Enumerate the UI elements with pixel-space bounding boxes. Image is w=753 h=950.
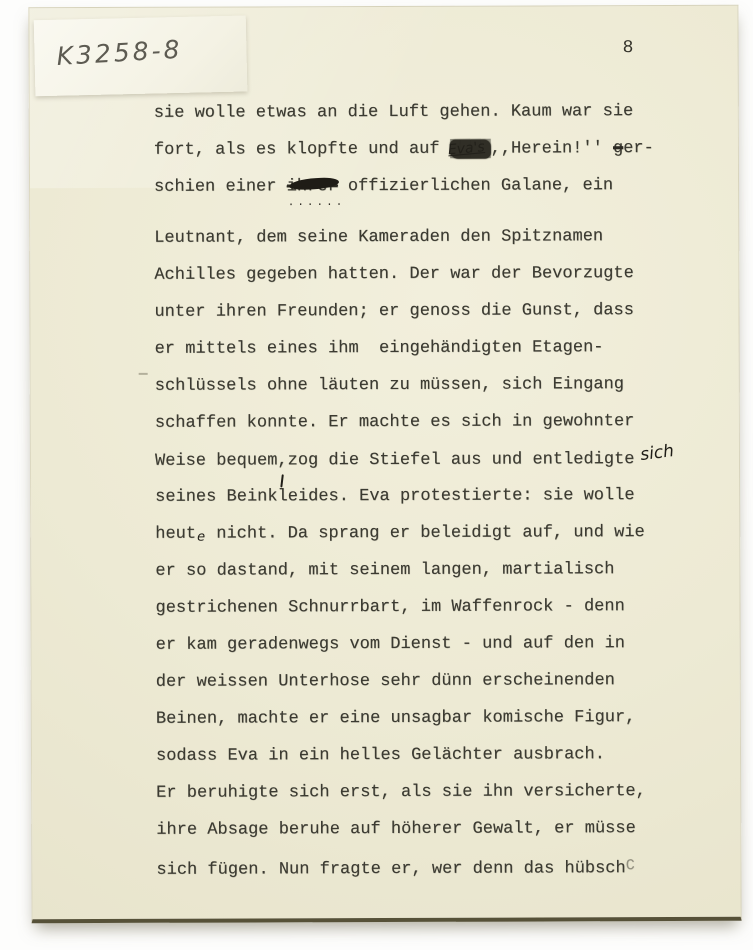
- annotated-segment: ,: [277, 451, 287, 470]
- annotated-segment: sich: [639, 433, 677, 474]
- typed-segment: der weissen Unterhose sehr dünn erschein…: [156, 671, 615, 692]
- text-line: Weise bequem,zog die Stiefel aus und ent…: [155, 440, 715, 479]
- text-line: der weissen Unterhose sehr dünn erschein…: [156, 662, 716, 701]
- text-line: schien einer ihrer······ offizierlichen …: [154, 167, 714, 206]
- typed-segment: sich fügen. Nun fragte er, wer denn das …: [156, 859, 625, 880]
- typed-segment: gestrichenen Schnurrbart, im Waffenrock …: [155, 597, 624, 618]
- typed-segment: ihre Absage beruhe auf höherer Gewalt, e…: [156, 819, 636, 840]
- text-line: sich fügen. Nun fragte er, wer denn das …: [156, 847, 716, 886]
- archive-label-text: K3258-8: [56, 35, 183, 71]
- typed-segment: Leutnant, dem seine Kameraden den Spitzn…: [154, 227, 603, 248]
- typed-segment: nicht. Da sprang er beleidigt auf, und w…: [206, 523, 645, 544]
- typed-segment: schien einer: [154, 177, 287, 196]
- text-line: Achilles gegeben hatten. Der war der Bev…: [154, 255, 714, 294]
- typed-segment: er mittels eines ihm eingehändigten Etag…: [155, 338, 604, 359]
- typed-segment: heut: [155, 525, 196, 544]
- text-line: er kam geradenwegs vom Dienst - und auf …: [156, 625, 716, 664]
- typed-segment: seines Beinkleides. Eva protestierte: si…: [155, 486, 635, 507]
- typed-segment: er-: [623, 139, 654, 158]
- annotated-segment: g: [613, 139, 623, 158]
- text-line: Beinen, machte er eine unsagbar komische…: [156, 699, 716, 738]
- handwritten-annotation: Eva's: [447, 141, 485, 156]
- text-line: er so dastand, mit seinem langen, martia…: [155, 551, 715, 590]
- annotated-segment: ████Eva's: [450, 140, 491, 159]
- typed-segment: zog die Stiefel aus und entledigte: [288, 450, 635, 470]
- typed-segment: er so dastand, mit seinem langen, martia…: [155, 560, 614, 581]
- text-line: Leutnant, dem seine Kameraden den Spitzn…: [154, 218, 714, 257]
- text-line: gestrichenen Schnurrbart, im Waffenrock …: [155, 588, 715, 627]
- annotated-segment: e: [197, 530, 205, 545]
- typed-segment: sie wolle etwas an die Luft gehen. Kaum …: [154, 102, 634, 123]
- annotated-segment: ihrer······: [287, 177, 338, 196]
- text-line: seines Beinkleides. Eva protestierte: si…: [155, 477, 715, 516]
- text-line: heute nicht. Da sprang er beleidigt auf,…: [155, 514, 715, 553]
- typed-segment: fort, als es klopfte und auf: [154, 140, 450, 160]
- typed-segment: offizierlichen Galane, ein: [338, 176, 614, 196]
- text-line: unter ihren Freunden; er genoss die Guns…: [154, 292, 714, 331]
- typed-segment: Beinen, machte er eine unsagbar komische…: [156, 708, 636, 729]
- margin-tick: [139, 373, 148, 375]
- typed-segment: sodass Eva in ein helles Gelächter ausbr…: [156, 745, 605, 766]
- page-number: 8: [623, 38, 635, 58]
- archive-label: K3258-8: [34, 15, 248, 96]
- text-line: ihre Absage beruhe auf höherer Gewalt, e…: [156, 810, 716, 849]
- stet-dots: ······: [288, 200, 346, 210]
- handwritten-annotation: [288, 177, 339, 191]
- text-line: schlüssels ohne läuten zu müssen, sich E…: [155, 366, 715, 405]
- typed-segment: ,,Herein!'': [491, 139, 613, 158]
- text-line: sie wolle etwas an die Luft gehen. Kaum …: [154, 93, 714, 132]
- text-line: fort, als es klopfte und auf ████Eva's,,…: [154, 130, 714, 169]
- typed-segment: schlüssels ohne läuten zu müssen, sich E…: [155, 375, 624, 396]
- annotated-segment: C: [626, 857, 635, 874]
- manuscript-page: K3258-8 8 sie wolle etwas an die Luft ge…: [28, 5, 741, 923]
- typed-segment: unter ihren Freunden; er genoss die Guns…: [154, 301, 634, 322]
- typed-segment: schaffen konnte. Er machte es sich in ge…: [155, 412, 635, 433]
- typed-segment: Weise bequem: [155, 451, 277, 470]
- text-line: sodass Eva in ein helles Gelächter ausbr…: [156, 736, 716, 775]
- typed-segment: er kam geradenwegs vom Dienst - und auf …: [156, 634, 625, 655]
- typescript-text: sie wolle etwas an die Luft gehen. Kaum …: [154, 93, 717, 886]
- typed-segment: Achilles gegeben hatten. Der war der Bev…: [154, 264, 634, 285]
- text-line: er mittels eines ihm eingehändigten Etag…: [155, 329, 715, 368]
- text-line: Er beruhigte sich erst, als sie ihn vers…: [156, 773, 716, 812]
- text-line: schaffen konnte. Er machte es sich in ge…: [155, 403, 715, 442]
- typed-segment: Er beruhigte sich erst, als sie ihn vers…: [156, 782, 646, 803]
